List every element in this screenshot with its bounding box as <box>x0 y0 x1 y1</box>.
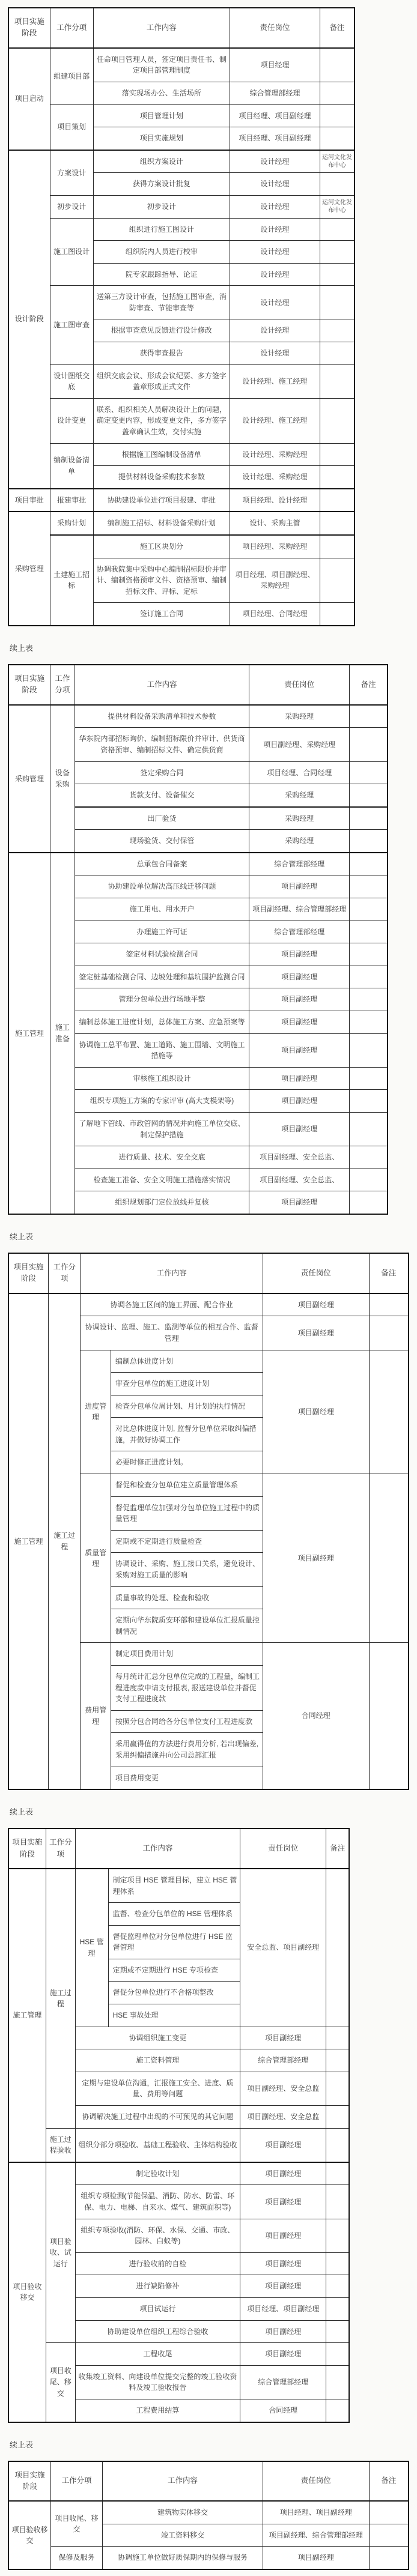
role-cell: 采购经理 <box>249 784 350 807</box>
work-group-cell: 采购计划 <box>50 512 93 535</box>
remark-cell <box>326 2365 349 2399</box>
role-cell: 项目副经理 <box>240 2343 326 2366</box>
work-content-cell: 组织进行施工图设计 <box>93 218 230 241</box>
continuation-label: 续上表 <box>10 1230 417 1242</box>
role-cell: 项目副经理 <box>249 1090 350 1113</box>
work-content-cell: 出厂验货 <box>75 807 249 830</box>
remark-cell <box>350 875 388 898</box>
work-content-cell: 定期向华东院质安环部和建设单位汇报质量控制情况 <box>111 1609 263 1643</box>
remark-cell <box>326 1869 349 2027</box>
role-cell: 项目副经理 <box>240 2219 326 2252</box>
role-cell: 项目经理、项目副经理 <box>230 127 320 150</box>
work-content-cell: 获得方案设计批复 <box>93 173 230 196</box>
work-content-cell: 督促监理单位对分包单位进行 HSE 监督管理 <box>108 1925 240 1959</box>
role-cell: 项目副经理 <box>263 1293 369 1316</box>
remark-cell <box>350 784 388 807</box>
work-content-cell: 施工用电、用水开户 <box>75 898 249 921</box>
remark-cell <box>326 2219 349 2252</box>
phase-cell: 施工管理 <box>8 1293 49 1789</box>
role-cell: 设计经理 <box>230 218 320 241</box>
work-content-cell: 质量事故的处理、检查和验收 <box>111 1586 263 1609</box>
work-group-cell: 施工图审查 <box>50 286 93 364</box>
remark-cell <box>350 1067 388 1090</box>
remark-cell <box>320 466 355 489</box>
work-content-cell: 进行质量、技术、安全交底 <box>75 1146 249 1169</box>
column-header: 责任岗位 <box>240 1828 326 1869</box>
role-cell: 项目副经理、安全总监、 <box>249 1169 350 1191</box>
remark-cell <box>326 2072 349 2105</box>
work-content-cell: 编制总体进度计划 <box>111 1350 263 1373</box>
remark-cell <box>326 2252 349 2275</box>
work-content-cell: 现场验货、交付保管 <box>75 830 249 853</box>
role-cell: 项目副经理 <box>240 2252 326 2275</box>
work-content-cell: 协助建设单位解决高压线迁移问题 <box>75 875 249 898</box>
work-content-cell: HSE 事故处理 <box>108 2004 240 2027</box>
remark-cell <box>350 1033 388 1067</box>
work-content-cell: 检查分包单位周计划、月计划的执行情况 <box>111 1395 263 1418</box>
responsibility-table-3: 项目实施阶段工作分项工作内容责任岗位备注施工管理施工过程协调各施工区间的施工界面… <box>8 1253 409 1790</box>
responsibility-table-5: 项目实施阶段工作分项工作内容责任岗位备注项目验收移交项目收尾、移交建筑物实体移交… <box>8 2461 409 2571</box>
remark-cell <box>320 364 355 398</box>
work-content-cell: 工程费用结算 <box>75 2399 240 2422</box>
remark-cell <box>320 173 355 196</box>
remark-cell <box>350 1113 388 1146</box>
work-content-cell: 协助建设单位进行项目报建、审批 <box>93 489 230 512</box>
phase-cell: 项目验收移交 <box>8 2501 51 2569</box>
remark-cell <box>320 48 355 82</box>
work-content-cell: 组织专项施工方案的专家评审 (高大支模架等) <box>75 1090 249 1113</box>
work-content-cell: 定期或不定期进行质量检查 <box>111 1530 263 1553</box>
work-content-cell: 签定采购合同 <box>75 761 249 784</box>
work-content-cell: 建筑物实体移交 <box>103 2501 263 2524</box>
remark-cell <box>350 921 388 943</box>
column-header: 工作内容 <box>75 1828 240 1869</box>
role-cell: 综合管理部经理 <box>230 82 320 104</box>
column-header: 备注 <box>326 1828 349 1869</box>
work-content-cell: 协调组织施工变更 <box>75 2027 240 2049</box>
work-content-cell: 联系、组织相关人员解决设计上的问题，确定变更内容，形成变更文件，多方签字盖章确认… <box>93 398 230 443</box>
remark-cell <box>326 2320 349 2343</box>
column-header: 工作内容 <box>103 2461 263 2502</box>
work-content-cell: 协调各施工区间的施工界面、配合作业 <box>81 1293 263 1316</box>
remark-cell <box>369 1474 409 1643</box>
work-group-cell: 保修及服务 <box>51 2547 103 2569</box>
remark-cell <box>326 2162 349 2185</box>
work-content-cell: 协调施工总平布置、施工道路、施工围墙、文明施工措施等 <box>75 1033 249 1067</box>
work-content-cell: 必要时修正进度计划。 <box>111 1451 263 1474</box>
column-header: 工作内容 <box>93 8 230 48</box>
remark-cell <box>326 2185 349 2219</box>
remark-cell <box>369 2547 409 2569</box>
role-cell: 采购经理 <box>249 830 350 853</box>
work-group-cell: 编制设备清单 <box>50 443 93 489</box>
remark-cell <box>320 218 355 241</box>
work-content-cell: 院专家跟踪指导、论证 <box>93 263 230 286</box>
remark-cell <box>350 966 388 988</box>
work-content-cell: 施工区块划分 <box>93 535 230 558</box>
remark-cell <box>350 1191 388 1214</box>
phase-cell: 采购管理 <box>8 705 50 853</box>
role-cell: 项目副经理、采购经理 <box>249 728 350 761</box>
role-cell: 项目副经理 <box>240 2162 326 2185</box>
sub-group-cell: 质量管理 <box>81 1474 111 1643</box>
remark-cell <box>369 2524 409 2547</box>
role-cell: 综合管理部经理 <box>249 853 350 875</box>
remark-cell <box>350 807 388 830</box>
work-content-cell: 办理施工许可证 <box>75 921 249 943</box>
work-content-cell: 定期或不定期进行 HSE 专项检查 <box>108 1959 240 1982</box>
work-content-cell: 收集竣工资料、向建设单位提交完整的竣工验收资料及竣工验收报告 <box>75 2365 240 2399</box>
column-header: 责任岗位 <box>230 8 320 48</box>
remark-cell: 运河文化发布中心 <box>320 150 355 173</box>
role-cell: 设计经理 <box>230 342 320 365</box>
role-cell: 项目副经理 <box>249 1033 350 1067</box>
work-group-cell: 土建施工招标 <box>50 535 93 626</box>
column-header: 工作分项 <box>50 8 93 48</box>
remark-cell <box>350 853 388 875</box>
work-content-cell: 管理分包单位进行场地平整 <box>75 988 249 1011</box>
remark-cell <box>320 558 355 603</box>
work-content-cell: 施工资料管理 <box>75 2049 240 2072</box>
role-cell: 设计经理 <box>230 150 320 173</box>
column-header: 备注 <box>369 1253 409 1293</box>
remark-cell <box>326 2399 349 2422</box>
remark-cell <box>320 535 355 558</box>
remark-cell: 运河文化发布中心 <box>320 195 355 218</box>
role-cell: 设计经理 <box>230 263 320 286</box>
work-content-cell: 督促分包单位进行不合格项整改 <box>108 1982 240 2004</box>
sub-group-cell: 费用管理 <box>81 1643 111 1789</box>
work-group-cell: 施工过程验收 <box>46 2128 75 2162</box>
role-cell: 项目经理 <box>230 48 320 82</box>
work-content-cell: 进行缺陷修补 <box>75 2275 240 2298</box>
work-group-cell: 项目验收、试运行 <box>46 2162 75 2343</box>
work-content-cell: 协调设计、采购、施工接口关系，避免设计、采购对施工质量的影响 <box>111 1553 263 1586</box>
work-content-cell: 协调解决施工过程中出现的不可预见的其它问题 <box>75 2106 240 2129</box>
work-content-cell: 制定项目 HSE 管理目标，建立 HSE 管理体系 <box>108 1869 240 1903</box>
work-content-cell: 协调施工单位做好质保期内的保修与服务 <box>103 2547 263 2569</box>
responsibility-table-4: 项目实施阶段工作分项工作内容责任岗位备注施工管理施工过程HSE 管理制定项目 H… <box>8 1828 350 2422</box>
work-content-cell: 初步设计 <box>93 195 230 218</box>
work-group-cell: 施工过程 <box>46 1869 75 2128</box>
role-cell: 采购经理 <box>249 705 350 728</box>
remark-cell <box>350 830 388 853</box>
column-header: 项目实施阶段 <box>8 1828 46 1869</box>
work-content-cell: 工程收尾 <box>75 2343 240 2366</box>
work-content-cell: 项目实施规划 <box>93 127 230 150</box>
role-cell: 综合管理部经理 <box>249 921 350 943</box>
column-header: 责任岗位 <box>249 665 350 705</box>
work-content-cell: 提供材料设备采购技术参数 <box>93 466 230 489</box>
role-cell: 项目副经理 <box>240 2275 326 2298</box>
role-cell: 合同经理 <box>263 1643 369 1789</box>
work-content-cell: 项目管理计划 <box>93 104 230 127</box>
column-header: 工作内容 <box>81 1253 263 1293</box>
work-group-cell: 项目策划 <box>50 104 93 150</box>
remark-cell <box>320 603 355 626</box>
remark-cell <box>326 2343 349 2366</box>
role-cell: 合同经理 <box>240 2399 326 2422</box>
role-cell: 综合管理部经理 <box>240 2365 326 2399</box>
work-content-cell: 组织专项验收(消防、环保、水保、交通、市政、园林、白蚁等) <box>75 2219 240 2252</box>
work-content-cell: 每月统计汇总分包单位完成的工程量，编制工程进度款申请支付报表, 报送建设单位并督… <box>111 1666 263 1711</box>
workflow-document: 项目实施阶段工作分项工作内容责任岗位备注项目启动组建项目部任命项目管理人员，签定… <box>0 0 417 2576</box>
work-content-cell: 监督、检查分包单位的 HSE 管理体系 <box>108 1903 240 1926</box>
remark-cell <box>369 1293 409 1316</box>
work-content-cell: 制定验收计划 <box>75 2162 240 2185</box>
work-content-cell: 督促监理单位加强对分包单位施工过程中的质量管理 <box>111 1496 263 1530</box>
work-content-cell: 项目试运行 <box>75 2297 240 2320</box>
role-cell: 项目副经理 <box>263 1350 369 1474</box>
remark-cell <box>320 241 355 264</box>
phase-cell: 项目审批 <box>8 489 50 512</box>
role-cell: 项目副经理 <box>240 2185 326 2219</box>
role-cell: 项目副经理、综合管理部经理 <box>263 2524 369 2547</box>
remark-cell <box>350 943 388 966</box>
remark-cell <box>320 512 355 535</box>
work-content-cell: 组织院内人员进行校审 <box>93 241 230 264</box>
role-cell: 采购经理 <box>249 807 350 830</box>
role-cell: 项目副经理 <box>263 1474 369 1643</box>
phase-cell: 施工管理 <box>8 853 50 1214</box>
column-header: 备注 <box>369 2461 409 2502</box>
remark-cell <box>350 1090 388 1113</box>
role-cell: 项目副经理 <box>249 988 350 1011</box>
work-content-cell: 协调设计、监理、施工、监测等单位的相互合作、监督管理 <box>81 1316 263 1350</box>
role-cell: 项目经理、项目副经理、采购经理 <box>230 558 320 603</box>
role-cell: 项目副经理 <box>240 2320 326 2343</box>
work-content-cell: 组织交底会议、形成会议纪要、多方签字盖章形成正式文件 <box>93 364 230 398</box>
remark-cell <box>350 728 388 761</box>
role-cell: 项目副经理、安全总监、 <box>249 1146 350 1169</box>
work-content-cell: 获得审查报告 <box>93 342 230 365</box>
work-content-cell: 根据审查意见反馈进行设计修改 <box>93 319 230 342</box>
work-content-cell: 进行验收前的自检 <box>75 2252 240 2275</box>
role-cell: 项目经理、合同经理 <box>230 603 320 626</box>
work-content-cell: 按照分包合同给各分包单位支付工程进度款 <box>111 1710 263 1733</box>
column-header: 项目实施阶段 <box>8 2461 51 2502</box>
role-cell: 设计经理、施工经理 <box>230 364 320 398</box>
work-content-cell: 编制施工招标、材料设备采购计划 <box>93 512 230 535</box>
column-header: 工作分项 <box>46 1828 75 1869</box>
role-cell: 项目经理、项目副经理 <box>263 2501 369 2524</box>
role-cell: 项目副经理 <box>249 1011 350 1034</box>
phase-cell: 项目启动 <box>8 48 50 150</box>
sub-group-cell: 进度管理 <box>81 1350 111 1474</box>
role-cell: 项目副经理 <box>240 2027 326 2049</box>
role-cell: 设计、采购主管 <box>230 512 320 535</box>
role-cell: 设计经理、采购经理 <box>230 443 320 466</box>
work-content-cell: 货款支付、设备催交 <box>75 784 249 807</box>
phase-cell: 设计阶段 <box>8 150 50 489</box>
continuation-label: 续上表 <box>10 1806 417 1817</box>
remark-cell <box>369 2501 409 2524</box>
phase-cell: 项目验收移交 <box>8 2162 46 2422</box>
role-cell: 项目经理、采购经理 <box>230 535 320 558</box>
work-content-cell: 送第三方设计审查，包括施工图审查，消防审查、节能审查等 <box>93 286 230 319</box>
column-header: 项目实施阶段 <box>8 665 50 705</box>
remark-cell <box>350 988 388 1011</box>
phase-cell: 施工管理 <box>8 1869 46 2162</box>
role-cell: 项目副经理 <box>263 2547 369 2569</box>
work-content-cell: 组织规划部门定位放线并复核 <box>75 1191 249 1214</box>
remark-cell <box>326 2275 349 2298</box>
role-cell: 项目副经理 <box>249 875 350 898</box>
work-content-cell: 编制总体施工进度计划，总体施工方案、应急预案等 <box>75 1011 249 1034</box>
responsibility-table-2: 项目实施阶段工作分项工作内容责任岗位备注采购管理设备采购提供材料设备采购清单和技… <box>8 664 388 1215</box>
sub-group-cell: HSE 管理 <box>75 1869 108 2027</box>
remark-cell <box>320 489 355 512</box>
role-cell: 项目副经理 <box>263 1316 369 1350</box>
role-cell: 综合管理部经理 <box>240 2049 326 2072</box>
remark-cell <box>350 761 388 784</box>
phase-cell: 采购管理 <box>8 512 50 626</box>
remark-cell <box>369 1643 409 1789</box>
work-content-cell: 对比总体进度计划, 监督分包单位采取纠偏措施，并做好协调工作 <box>111 1418 263 1451</box>
role-cell: 项目副经理、安全总监 <box>240 2072 326 2105</box>
work-content-cell: 签定材料试验检测合同 <box>75 943 249 966</box>
continuation-label: 续上表 <box>10 2438 417 2450</box>
role-cell: 项目经理、合同经理 <box>249 761 350 784</box>
column-header: 责任岗位 <box>263 2461 369 2502</box>
remark-cell <box>369 1350 409 1474</box>
work-content-cell: 定期与建设单位沟通，汇报施工安全、进度、质量、费用等问题 <box>75 2072 240 2105</box>
column-header: 备注 <box>350 665 388 705</box>
role-cell: 项目副经理、安全总监 <box>240 2106 326 2129</box>
work-group-cell: 设计图纸交底 <box>50 364 93 398</box>
work-content-cell: 协调我院集中采购中心编制招标限价并审计、编制资格预审文件、资格预审、编制招标文件… <box>93 558 230 603</box>
role-cell: 项目副经理 <box>249 943 350 966</box>
remark-cell <box>350 1146 388 1169</box>
work-content-cell: 制定项目费用计划 <box>111 1643 263 1666</box>
work-content-cell: 了解地下管线、市政管网的情况并向施工单位交底、制定保护措施 <box>75 1113 249 1146</box>
work-content-cell: 提供材料设备采购清单和技术参数 <box>75 705 249 728</box>
column-header: 工作分项 <box>51 2461 103 2502</box>
remark-cell <box>350 1011 388 1034</box>
work-group-cell: 组建项目部 <box>50 48 93 104</box>
column-header: 工作内容 <box>75 665 249 705</box>
remark-cell <box>320 127 355 150</box>
work-content-cell: 项目费用变更 <box>111 1767 263 1789</box>
role-cell: 项目经理、项目副经理 <box>240 2297 326 2320</box>
work-content-cell: 协助建设单位组织工程综合验收 <box>75 2320 240 2343</box>
work-content-cell: 组织分部分项验收、基础工程验收、主体结构验收 <box>75 2128 240 2162</box>
role-cell: 设计经理、采购经理 <box>230 466 320 489</box>
work-content-cell: 华东院内部招标询价、编制招标限价并审计、供货商资格预审、编制招标文件、确定供货商 <box>75 728 249 761</box>
remark-cell <box>320 342 355 365</box>
role-cell: 项目经理、设计经理 <box>230 489 320 512</box>
work-group-cell: 方案设计 <box>50 150 93 196</box>
column-header: 项目实施阶段 <box>8 8 50 48</box>
remark-cell <box>350 1169 388 1191</box>
role-cell: 设计经理 <box>230 173 320 196</box>
work-content-cell: 根据施工图编制设备清单 <box>93 443 230 466</box>
role-cell: 项目副经理 <box>249 1113 350 1146</box>
remark-cell <box>320 286 355 319</box>
remark-cell <box>326 2128 349 2162</box>
column-header: 项目实施阶段 <box>8 1253 49 1293</box>
role-cell: 设计经理 <box>230 286 320 319</box>
column-header: 工作分项 <box>49 1253 81 1293</box>
role-cell: 设计经理 <box>230 319 320 342</box>
remark-cell <box>350 898 388 921</box>
work-group-cell: 报建审批 <box>50 489 93 512</box>
remark-cell <box>350 705 388 728</box>
remark-cell <box>320 104 355 127</box>
responsibility-table-1: 项目实施阶段工作分项工作内容责任岗位备注项目启动组建项目部任命项目管理人员，签定… <box>8 7 355 626</box>
work-content-cell: 竣工资料移交 <box>103 2524 263 2547</box>
remark-cell <box>320 263 355 286</box>
work-content-cell: 采用赢得值的方法进行费用分析, 若出现偏差, 采用纠偏措施并向公司总部汇报 <box>111 1733 263 1767</box>
role-cell: 安全总监、项目副经理 <box>240 1869 326 2027</box>
continuation-label: 续上表 <box>10 642 417 653</box>
work-content-cell: 任命项目管理人员，签定项目责任书、制定项目部管理制度 <box>93 48 230 82</box>
column-header: 工作分项 <box>50 665 75 705</box>
column-header: 责任岗位 <box>263 1253 369 1293</box>
role-cell: 项目副经理、综合管理部经理 <box>249 898 350 921</box>
work-content-cell: 审查分包单位的施工进度计划 <box>111 1373 263 1395</box>
role-cell: 设计经理 <box>230 241 320 264</box>
work-group-cell: 施工图设计 <box>50 218 93 286</box>
work-content-cell: 组织专项检测(节能保温、消防、防水、防雷、环保、电力、电梯、自来水、煤气、建筑面… <box>75 2185 240 2219</box>
remark-cell <box>326 2106 349 2129</box>
work-content-cell: 总承包合同备案 <box>75 853 249 875</box>
work-content-cell: 检查施工准备、安全文明施工措施落实情况 <box>75 1169 249 1191</box>
role-cell: 项目副经理 <box>240 2128 326 2162</box>
column-header: 备注 <box>320 8 355 48</box>
work-group-cell: 项目收尾、移交 <box>46 2343 75 2422</box>
role-cell: 设计经理 <box>230 195 320 218</box>
role-cell: 设计经理、施工经理 <box>230 398 320 443</box>
remark-cell <box>320 319 355 342</box>
role-cell: 项目副经理 <box>249 966 350 988</box>
work-group-cell: 项目收尾、移交 <box>51 2501 103 2547</box>
remark-cell <box>320 398 355 443</box>
work-content-cell: 签订施工合同 <box>93 603 230 626</box>
role-cell: 项目副经理 <box>249 1191 350 1214</box>
work-content-cell: 组织方案设计 <box>93 150 230 173</box>
remark-cell <box>326 2027 349 2049</box>
work-group-cell: 初步设计 <box>50 195 93 218</box>
role-cell: 项目经理、项目副经理 <box>230 104 320 127</box>
work-group-cell: 设备采购 <box>50 705 75 853</box>
remark-cell <box>320 82 355 104</box>
work-content-cell: 督促和检查分包单位建立质量管理体系 <box>111 1474 263 1497</box>
work-group-cell: 施工过程 <box>49 1293 81 1789</box>
remark-cell <box>326 2297 349 2320</box>
remark-cell <box>320 443 355 466</box>
work-group-cell: 设计变更 <box>50 398 93 443</box>
remark-cell <box>326 2049 349 2072</box>
work-content-cell: 审核施工组织设计 <box>75 1067 249 1090</box>
role-cell: 项目副经理 <box>249 1067 350 1090</box>
work-content-cell: 落实现场办公、生活场所 <box>93 82 230 104</box>
remark-cell <box>369 1316 409 1350</box>
work-content-cell: 签定桩基础检测合同、边坡处理和基坑围护监测合同 <box>75 966 249 988</box>
work-group-cell: 施工准备 <box>50 853 75 1214</box>
